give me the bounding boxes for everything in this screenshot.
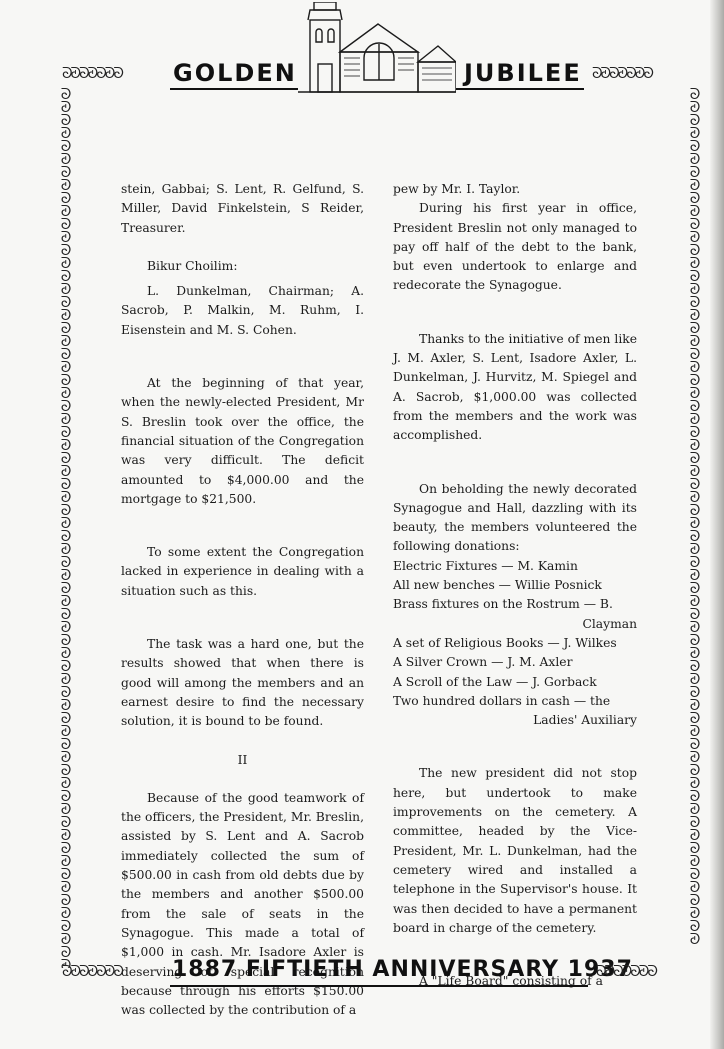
paragraph: To some extent the Congregation lacked i… <box>121 543 364 601</box>
footer-scroll-ornament-right: ᘐᘑᘐᘑᘐᘑᘐ <box>596 962 656 980</box>
paragraph: During his first year in office, Preside… <box>393 199 637 295</box>
donation-item: Two hundred dollars in cash — the <box>393 692 637 711</box>
header-underline-right <box>456 88 584 90</box>
page-edge-shadow <box>710 0 724 1049</box>
donation-item: All new benches — Willie Posnick <box>393 576 637 595</box>
paragraph: The new president did not stop here, but… <box>393 764 637 938</box>
paragraph: The task was a hard one, but the results… <box>121 635 364 731</box>
paragraph: stein, Gabbai; S. Lent, R. Gelfund, S. M… <box>121 180 364 238</box>
paragraph: pew by Mr. I. Taylor. <box>393 180 637 199</box>
donation-item-continued: Clayman <box>393 615 637 634</box>
footer-underline <box>170 985 588 987</box>
document-page: ᘐᘑᘐᘑᘐᘑᘐ GOLDEN JUBILEE ᘐᘑᘐᘑᘐᘑᘐ <box>0 0 724 1049</box>
paragraph: Thanks to the initiative of men like J. … <box>393 330 637 446</box>
synagogue-building-illustration <box>298 2 456 94</box>
donation-item-continued: Ladies' Auxiliary <box>393 711 637 730</box>
footer-anniversary-title: 1887 FIFTIETH ANNIVERSARY 1937 <box>172 957 633 982</box>
left-column: stein, Gabbai; S. Lent, R. Gelfund, S. M… <box>121 180 364 1020</box>
donation-item: A Silver Crown — J. M. Axler <box>393 653 637 672</box>
header-underline-left <box>170 88 298 90</box>
header-scroll-ornament-right: ᘐᘑᘐᘑᘐᘑᘐ <box>592 64 652 82</box>
left-scroll-border: ᘐᘑᘐᘑᘐᘑᘐᘑᘐᘑᘐᘑᘐᘑᘐᘑᘐᘑᘐᘑᘐᘑᘐᘑᘐᘑᘐᘑᘐᘑᘐᘑᘐᘑᘐᘑᘐᘑᘐᘑ… <box>57 88 75 968</box>
footer-scroll-ornament-left: ᘐᘑᘐᘑᘐᘑᘐ <box>62 962 122 980</box>
donation-item: Brass fixtures on the Rostrum — B. <box>393 595 637 614</box>
paragraph: At the beginning of that year, when the … <box>121 374 364 509</box>
paragraph: On beholding the newly decorated Synagog… <box>393 480 637 557</box>
right-column: pew by Mr. I. Taylor. During his first y… <box>393 180 637 991</box>
right-scroll-border: ᘐᘑᘐᘑᘐᘑᘐᘑᘐᘑᘐᘑᘐᘑᘐᘑᘐᘑᘐᘑᘐᘑᘐᘑᘐᘑᘐᘑᘐᘑᘐᘑᘐᘑᘐᘑᘐᘑᘐᘑ… <box>686 88 704 968</box>
donations-list: Electric Fixtures — M. Kamin All new ben… <box>393 557 637 731</box>
section-heading: II <box>121 751 364 770</box>
header-title-golden: GOLDEN <box>173 59 297 87</box>
paragraph: L. Dunkelman, Chairman; A. Sacrob, P. Ma… <box>121 282 364 340</box>
donation-item: Electric Fixtures — M. Kamin <box>393 557 637 576</box>
donation-item: A set of Religious Books — J. Wilkes <box>393 634 637 653</box>
subheading-bikur-choilim: Bikur Choilim: <box>121 257 364 276</box>
donation-item: A Scroll of the Law — J. Gorback <box>393 673 637 692</box>
header-title-jubilee: JUBILEE <box>464 59 582 87</box>
header-scroll-ornament-left: ᘐᘑᘐᘑᘐᘑᘐ <box>62 64 122 82</box>
